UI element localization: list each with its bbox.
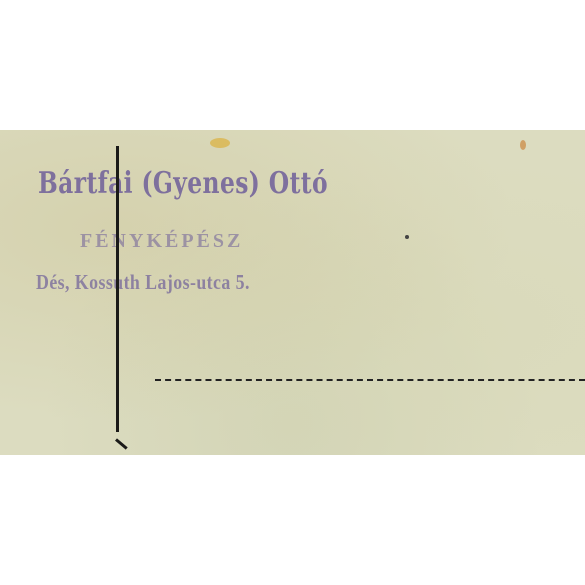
stain	[210, 138, 230, 148]
postcard-back: Bártfai (Gyenes) Ottó FÉNYKÉPÉSZ Dés, Ko…	[0, 130, 585, 455]
stamp-address: Dés, Kossuth Lajos-utca 5.	[36, 270, 250, 295]
stamp-name: Bártfai (Gyenes) Ottó	[38, 166, 328, 201]
stain	[520, 140, 526, 150]
divider-corner	[115, 438, 128, 449]
stamp-profession: FÉNYKÉPÉSZ	[80, 230, 243, 253]
speck	[405, 235, 409, 239]
divider-line	[116, 146, 119, 432]
address-dotted-line	[155, 379, 585, 381]
